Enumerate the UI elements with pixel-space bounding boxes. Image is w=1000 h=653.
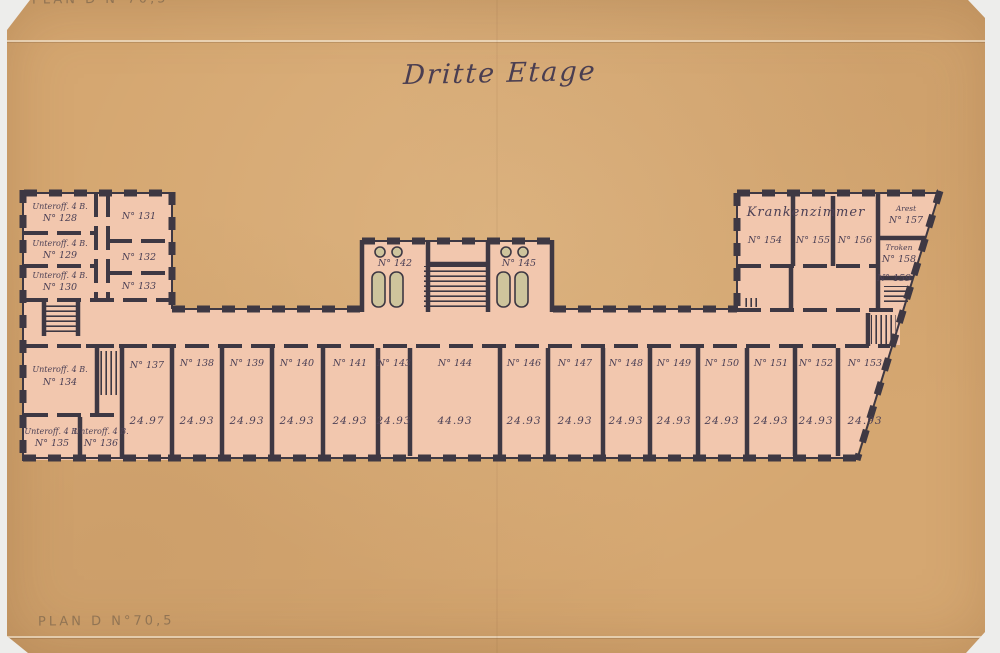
room-number: N° 146 xyxy=(506,358,541,369)
left-wing-ladder-icon xyxy=(100,351,120,395)
room-number: N° 133 xyxy=(121,281,156,292)
room-area: 24.93 xyxy=(846,415,882,427)
left-wing-stair-icon xyxy=(44,303,78,334)
room-area: 24.93 xyxy=(505,415,541,427)
room-area: 24.93 xyxy=(655,415,691,427)
room-type: Unteroff. 4 B. xyxy=(32,239,87,248)
bathtub-icon xyxy=(515,272,528,307)
room-area: 24.93 xyxy=(607,415,643,427)
right-wing-steps-icon xyxy=(884,286,908,302)
room-number: N° 132 xyxy=(121,252,156,263)
room-number: N° 142 xyxy=(377,258,412,269)
stove-icon xyxy=(375,247,385,257)
room-number: N° 145 xyxy=(501,258,536,269)
central-staircase-icon xyxy=(424,266,488,310)
bathtub-icon xyxy=(497,272,510,307)
room-area: 24.93 xyxy=(278,415,314,427)
bathtub-icon xyxy=(390,272,403,307)
room-number: N° 149 xyxy=(656,358,691,369)
room-number: N° 151 xyxy=(753,358,788,369)
room-area: 24.93 xyxy=(375,415,411,427)
stove-icon xyxy=(518,247,528,257)
room-number: N° 156 xyxy=(837,235,872,246)
shaft-icon xyxy=(744,298,760,307)
room-area: 24.97 xyxy=(128,415,164,427)
room-number: N° 159 xyxy=(876,273,911,284)
room-number: N° 148 xyxy=(608,358,643,369)
floor-plan-drawing: Unteroff. 4 B. N° 128 Unteroff. 4 B. N° … xyxy=(0,0,1000,653)
room-type: Unteroff. 4 B. xyxy=(24,427,79,436)
room-area: 24.93 xyxy=(228,415,264,427)
room-number: N° 157 xyxy=(888,215,924,226)
room-number: N° 143 xyxy=(376,358,411,369)
room-area: 24.93 xyxy=(556,415,592,427)
room-number: N° 155 xyxy=(795,235,830,246)
room-number: N° 136 xyxy=(83,438,118,449)
room-type: Unteroff. 4 B. xyxy=(32,202,87,211)
room-number: N° 152 xyxy=(798,358,833,369)
room-type: Unteroff. 4 B. xyxy=(73,427,128,436)
bathtub-icon xyxy=(372,272,385,307)
room-number: N° 158 xyxy=(881,254,916,265)
room-number: N° 129 xyxy=(42,250,77,261)
room-number: N° 144 xyxy=(437,358,472,369)
room-type: Unteroff. 4 B. xyxy=(32,365,87,374)
room-number: N° 130 xyxy=(42,282,77,293)
room-number: N° 150 xyxy=(704,358,739,369)
stove-icon xyxy=(501,247,511,257)
room-area: 24.93 xyxy=(331,415,367,427)
paper-sheet: PLAN D N°70,5 PLAN D N°70,5 Dritte Etage xyxy=(0,0,1000,653)
room-area: 44.93 xyxy=(436,415,472,427)
room-area: 24.93 xyxy=(178,415,214,427)
room-area: 24.93 xyxy=(752,415,788,427)
room-number: N° 135 xyxy=(34,438,69,449)
room-number: N° 137 xyxy=(129,360,165,371)
room-type: Troken xyxy=(886,243,913,252)
room-number: N° 134 xyxy=(42,377,77,388)
room-type: Arest xyxy=(895,204,917,213)
wing-heading: Krankenzimmer xyxy=(746,205,866,220)
room-area: 24.93 xyxy=(797,415,833,427)
room-type: Unteroff. 4 B. xyxy=(32,271,87,280)
room-number: N° 154 xyxy=(747,235,782,246)
room-number: N° 141 xyxy=(332,358,367,369)
room-number: N° 131 xyxy=(121,211,156,222)
room-number: N° 147 xyxy=(557,358,593,369)
room-area: 24.93 xyxy=(703,415,739,427)
stove-icon xyxy=(392,247,402,257)
room-number: N° 128 xyxy=(42,213,77,224)
scanned-floor-plan: PLAN D N°70,5 PLAN D N°70,5 Dritte Etage xyxy=(0,0,1000,653)
room-number: N° 139 xyxy=(229,358,264,369)
room-number: N° 138 xyxy=(179,358,214,369)
room-number: N° 140 xyxy=(279,358,314,369)
room-number: N° 153 xyxy=(847,358,882,369)
